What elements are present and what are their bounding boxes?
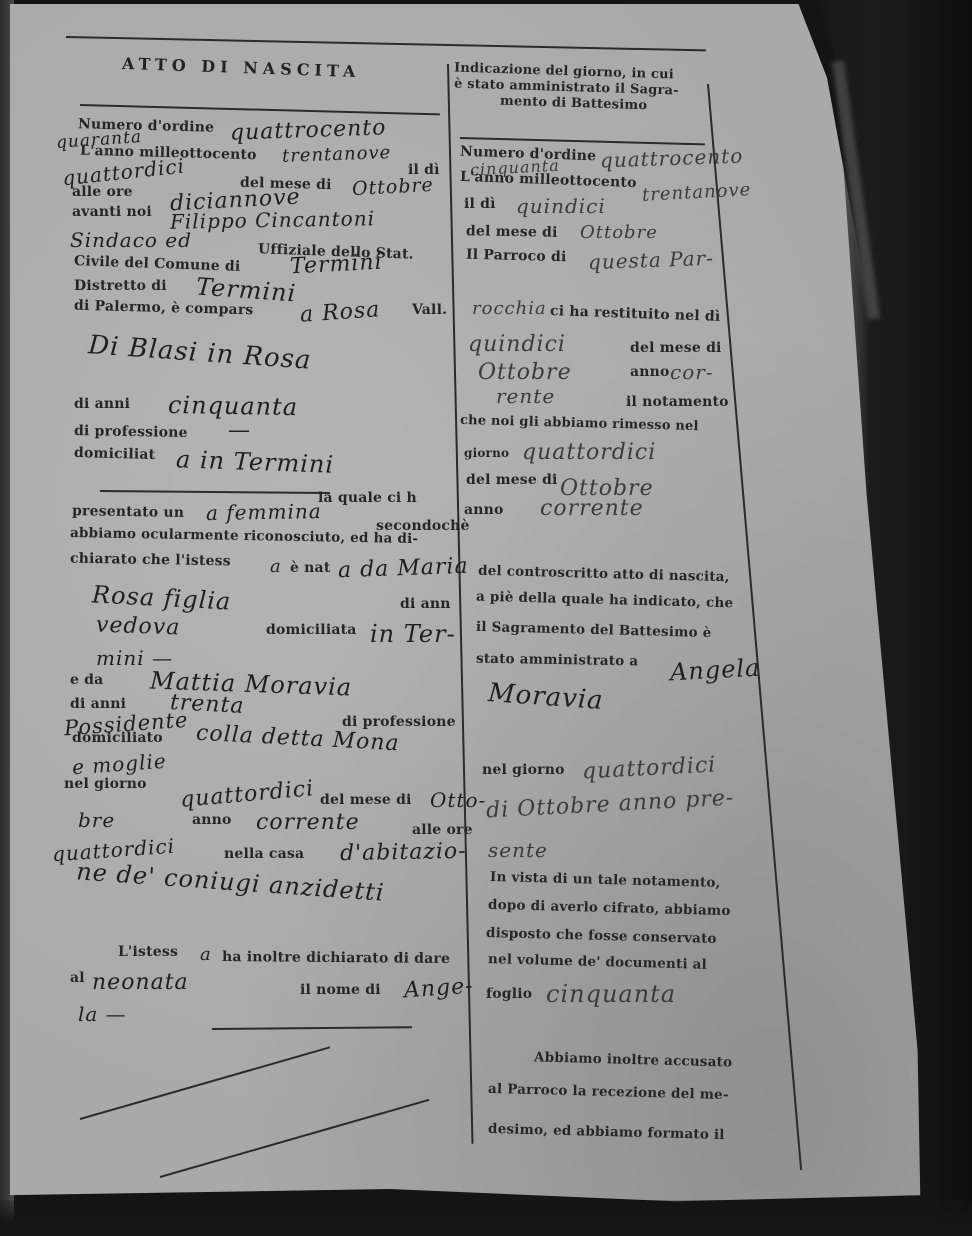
value-anno: trentanove [282, 142, 392, 167]
label-la-quale: la quale ci h [318, 490, 417, 506]
bottom-shadow [0, 1200, 972, 1236]
r-label-anno-3: anno [464, 502, 504, 518]
r-value-anno-2: cor- [670, 360, 714, 384]
label-anno-nascita: anno [192, 812, 232, 828]
value-ufficiale-name: Filippo Cincantoni [170, 206, 375, 234]
r-label-parroco: Il Parroco di [466, 247, 567, 266]
r-label-notamento: il notamento [626, 394, 729, 410]
value-mese: Ottobre [351, 174, 434, 200]
value-madre: a da Maria [338, 554, 469, 584]
label-domiciliata: domiciliata [266, 622, 357, 638]
value-mese-nascita-2: bre [78, 808, 115, 832]
label-di-ann-madre: di ann [400, 596, 451, 612]
label-al: al [70, 970, 85, 986]
label-di-anni-padre: di anni [70, 696, 126, 712]
value-ufficiale-title: Sindaco ed [70, 228, 192, 252]
value-anno-nascita: corrente [256, 810, 360, 835]
label-e-nat: è nat [290, 560, 331, 576]
r-value-mese: Ottobre [580, 222, 658, 243]
label-nome-di: il nome di [300, 982, 381, 998]
r-value-battezzata: Angela [669, 654, 761, 687]
label-professione: di professione [74, 423, 188, 441]
label-domiciliato: domiciliato [72, 730, 163, 746]
r-value-foglio: cinquanta [546, 980, 676, 1008]
label-alle-ore: alle ore [72, 184, 133, 200]
value-presentato: a femmina [206, 499, 322, 525]
r-value-giorno: quattordici [522, 440, 656, 465]
r-label-mese: del mese di [466, 223, 558, 241]
r-value-il-di: quindici [516, 194, 606, 218]
r-label-nel-giorno: nel giorno [482, 762, 565, 778]
label-alle-ore-nascita: alle ore [412, 822, 473, 838]
value-neonata: neonata [92, 970, 189, 995]
label-di-anni: di anni [74, 396, 130, 412]
value-comune: Termini [289, 250, 383, 280]
label-chiarato: chiarato che l'istess [70, 551, 231, 570]
label-distretto: Distretto di [74, 278, 167, 294]
value-nome-2: la — [78, 1002, 127, 1026]
label-vall: Vall. [412, 302, 447, 318]
label-nel-giorno: nel giorno [64, 776, 147, 792]
label-e-da: e da [70, 672, 103, 688]
value-madre-stato: vedova [96, 613, 181, 641]
value-istess-suffix: a [200, 944, 212, 965]
r-value-anno-2b: rente [496, 384, 555, 408]
r-value-nel-giorno-3: sente [488, 838, 548, 862]
label-avanti-noi: avanti noi [72, 204, 152, 220]
r-label-anno-2: anno [630, 364, 670, 380]
r-value-numero-ordine: quattrocento [600, 144, 744, 173]
label-presentato: presentato un [72, 503, 184, 521]
r-label-foglio: foglio [486, 986, 532, 1002]
r-value-mese-2: Ottobre [478, 360, 572, 385]
r-label-mese-3: del mese di [466, 472, 558, 488]
r-value-restituito: quindici [468, 332, 566, 357]
label-istess-closing: L'istess [118, 944, 178, 960]
value-nome: Ange- [403, 974, 474, 1004]
label-domiciliat: domiciliat [74, 445, 156, 463]
r-label-il-di: il dì [464, 196, 496, 212]
value-eta: cinquanta [168, 391, 299, 421]
label-nella-casa: nella casa [224, 846, 304, 862]
r-label-mese-2: del mese di [630, 340, 722, 356]
label-professione-padre: di professione [342, 714, 456, 730]
value-domiciliata: in Ter- [370, 620, 456, 648]
r-label-giorno: giorno [464, 446, 509, 460]
r-label-amministrato: stato amministrato a [476, 651, 639, 670]
r-value-parroco-2: rocchia [472, 298, 547, 319]
label-dichiarato-dare: ha inoltre dichiarato di dare [222, 949, 450, 967]
value-istessa-suffix: a [270, 556, 282, 577]
value-casa: d'abitazio- [340, 839, 467, 866]
label-mese-nascita: del mese di [320, 792, 412, 808]
value-professione: — [228, 418, 251, 443]
r-value-anno-3: corrente [540, 496, 644, 521]
value-mese-nascita: Otto- [430, 788, 486, 812]
r-value-parroco: questa Par- [588, 246, 715, 274]
value-domicilio: a in Termini [176, 445, 335, 479]
